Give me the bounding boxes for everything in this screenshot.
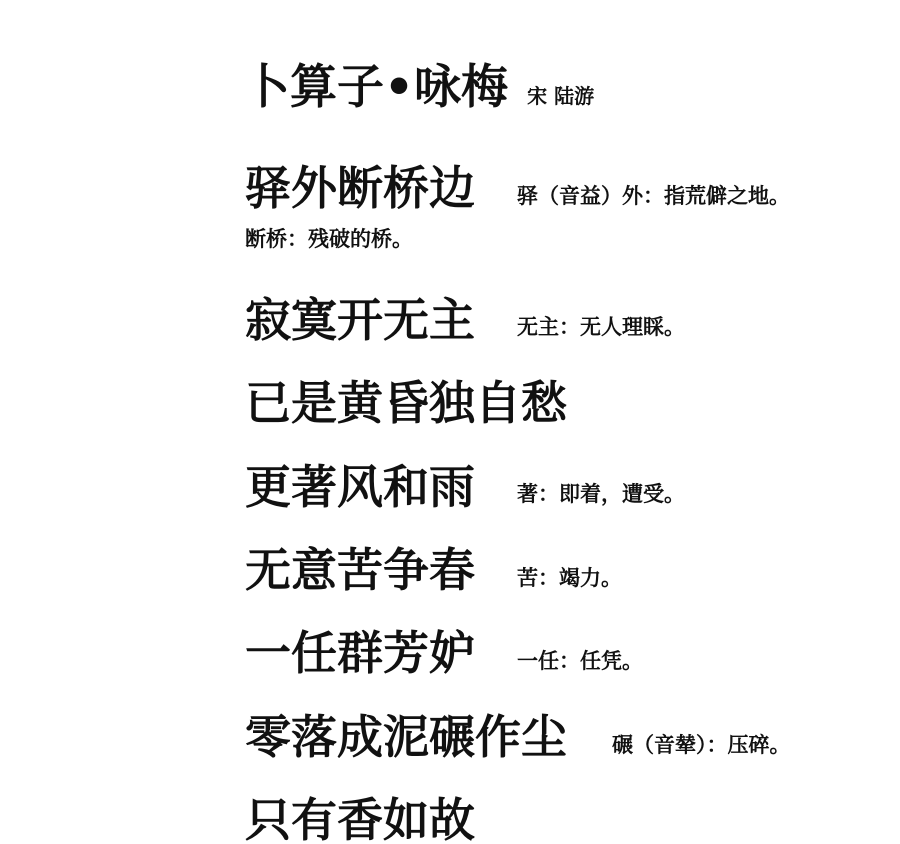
verse-line-6: 一任群芳妒 [245,617,475,683]
verse-note: 无主：无人理睬。 [517,311,685,341]
verse-text: 一任群芳妒 [245,626,475,680]
verse-line-7: 零落成泥碾作尘 [245,701,567,767]
verse-line-1: 驿外断桥边 [245,152,475,218]
verse-text: 寂寞开无主 [245,293,475,347]
verse-line-4: 更著风和雨 [245,451,475,517]
verse-text: 驿外断桥边 [245,161,475,215]
verse-line-2: 寂寞开无主 [245,284,475,350]
verse-note: 苦：竭力。 [517,562,622,592]
verse-line-3: 已是黄昏独自愁 [245,367,567,433]
verse-note: 碾（音辇）：压碎。 [612,729,791,759]
poem-author: 宋 陆游 [527,84,594,108]
verse-note: 著：即着，遭受。 [517,478,685,508]
verse-text: 只有香如故 [245,793,475,844]
verse-note: 一任：任凭。 [517,645,643,675]
poem-header: 卜算子•咏梅 宋 陆游 [243,50,594,117]
verse-text: 更著风和雨 [245,460,475,514]
poem-title: 卜算子•咏梅 [243,60,508,115]
verse-line-5: 无意苦争春 [245,534,475,600]
verse-note-continued: 断桥：残破的桥。 [245,223,413,253]
verse-note: 驿（音益）外：指荒僻之地。 [517,180,790,210]
verse-text: 无意苦争春 [245,543,475,597]
verse-text: 零落成泥碾作尘 [245,710,567,764]
verse-text: 已是黄昏独自愁 [245,376,567,430]
verse-line-8: 只有香如故 [245,784,475,844]
